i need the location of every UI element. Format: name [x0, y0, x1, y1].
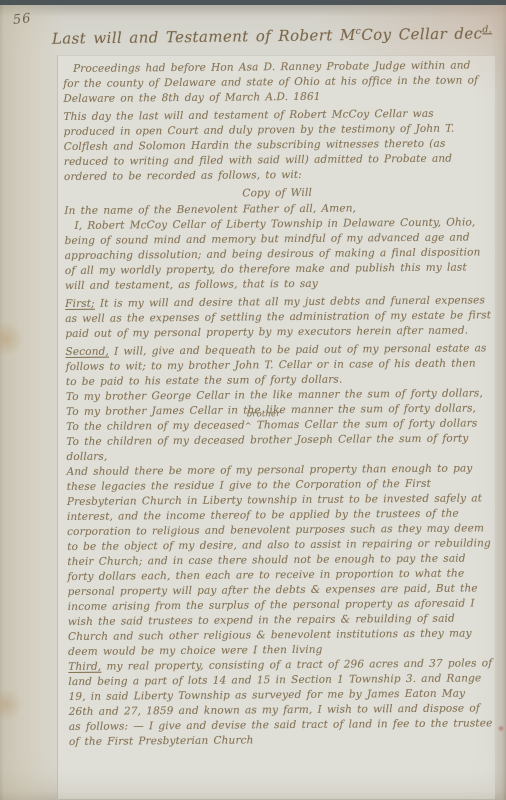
paragraph-third-clause: Third, my real property, consisting of a…	[68, 656, 495, 750]
inserted-word: brother	[247, 410, 281, 418]
clause-text-third: my real property, consisting of a tract …	[68, 657, 492, 748]
title-superscript-d: d.	[482, 24, 492, 35]
paragraph-first-clause: First; It is my will and desire that all…	[65, 293, 491, 342]
clause-lead-second: Second,	[65, 346, 109, 358]
insertion-mark: ^brother	[245, 419, 252, 431]
record-text-panel: Proceedings had before Hon Asa D. Ranney…	[57, 55, 495, 799]
clause-text-first: It is my will and desire that all my jus…	[65, 294, 491, 340]
handwritten-text-block: Proceedings had before Hon Asa D. Ranney…	[63, 58, 495, 750]
paragraph-bequest-joseph: To the children of my deceased brother J…	[66, 431, 492, 465]
clause-text-second: I will, give and bequeath to be paid out…	[66, 342, 487, 388]
paper-sheet: 56 Last will and Testament of Robert McC…	[0, 5, 506, 800]
scanned-will-record-page: 56 Last will and Testament of Robert McC…	[0, 0, 506, 800]
document-title: Last will and Testament of Robert McCoy …	[48, 24, 496, 47]
paragraph-residue-to-church: And should there be more of my personal …	[67, 461, 495, 660]
insertion-caret: ^	[245, 421, 252, 430]
clause-lead-first: First;	[65, 298, 95, 310]
title-text-2: Coy Cellar dec	[361, 24, 482, 43]
page-number: 56	[12, 11, 32, 28]
title-text: Last will and Testament of Robert M	[52, 26, 356, 48]
paragraph-proceedings: Proceedings had before Hon Asa D. Ranney…	[63, 58, 489, 107]
bequest-thomas-pre: To the children of my deceased	[66, 419, 245, 433]
paragraph-probate-order: This day the last will and testament of …	[63, 106, 490, 185]
bequest-thomas-post: Thomas Cellar the sum of forty dollars	[252, 417, 478, 431]
paragraph-second-clause: Second, I will, give and bequeath to be …	[65, 341, 491, 390]
paragraph-testator-declaration: I, Robert McCoy Cellar of Liberty Townsh…	[64, 215, 491, 294]
clause-lead-third: Third,	[68, 661, 101, 673]
